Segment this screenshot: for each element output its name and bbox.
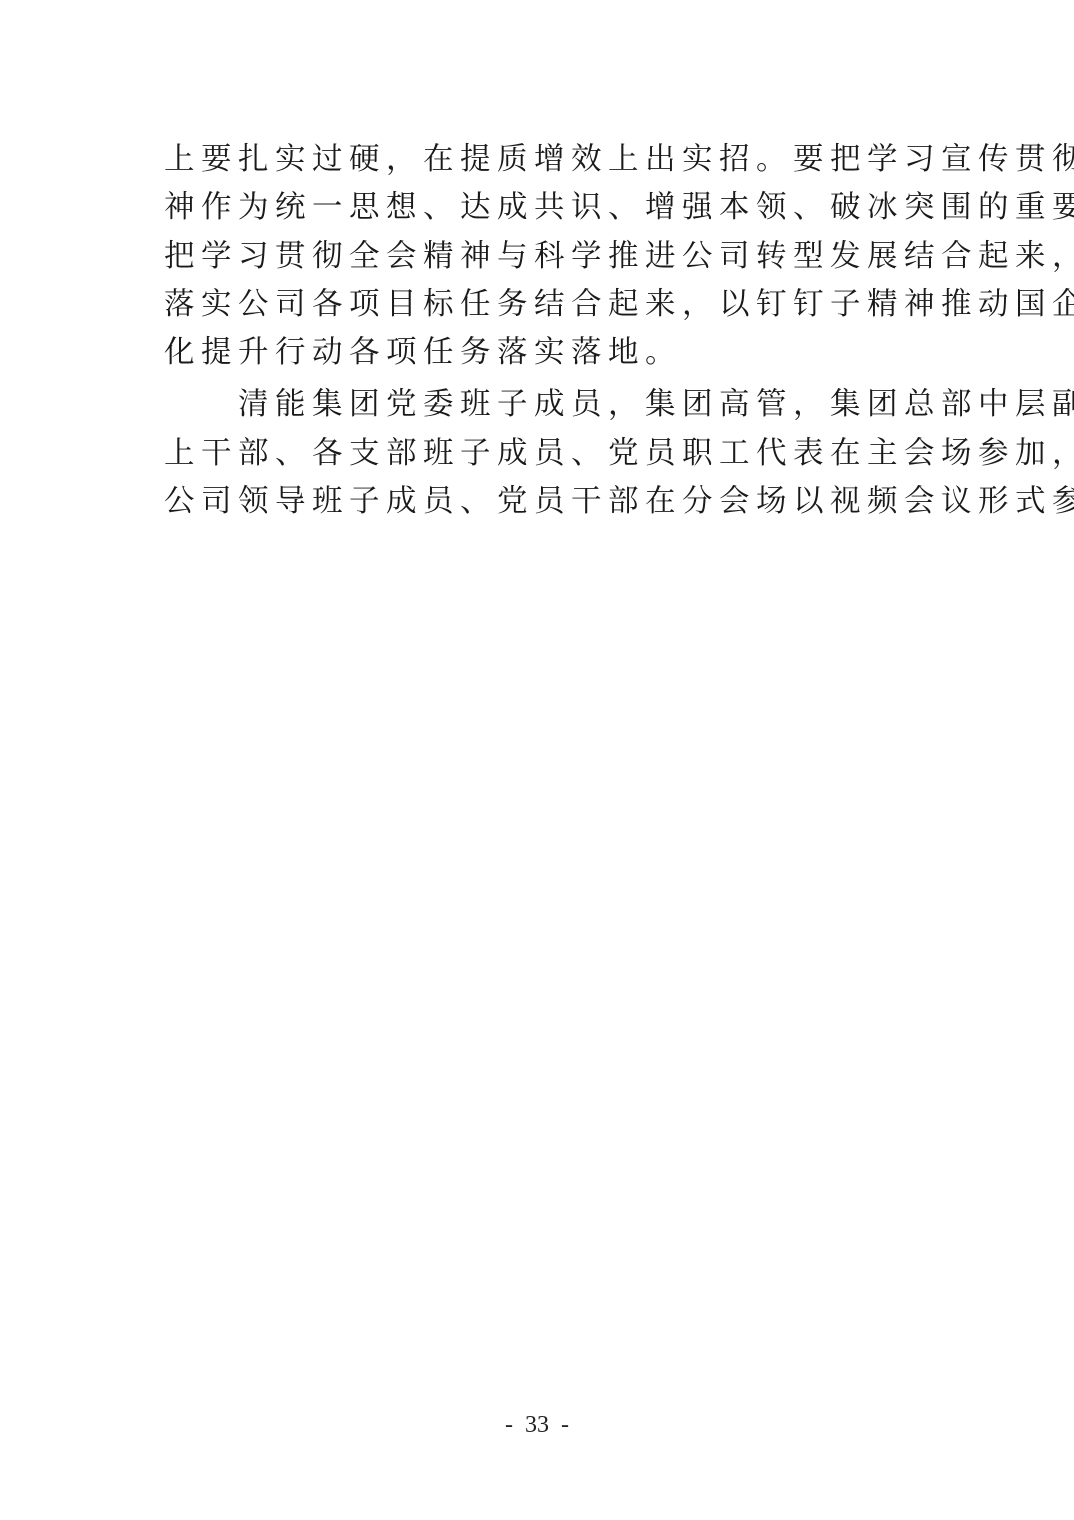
text-line: 化提升行动各项任务落实落地。	[164, 329, 914, 377]
text-line: 公司领导班子成员、党员干部在分会场以视频会议形式参加。	[164, 478, 914, 526]
paragraph-1: 上要扎实过硬，在提质增效上出实招。要把学习宣传贯彻全会精 神作为统一思想、达成共…	[164, 136, 914, 377]
text-line: 把学习贯彻全会精神与科学推进公司转型发展结合起来，与全面	[164, 233, 914, 281]
document-page: 上要扎实过硬，在提质增效上出实招。要把学习宣传贯彻全会精 神作为统一思想、达成共…	[0, 0, 1074, 1520]
text-line: 上干部、各支部班子成员、党员职工代表在主会场参加，各出资	[164, 430, 914, 478]
body-text: 上要扎实过硬，在提质增效上出实招。要把学习宣传贯彻全会精 神作为统一思想、达成共…	[164, 136, 914, 526]
paragraph-2: 清能集团党委班子成员，集团高管，集团总部中层副职及以 上干部、各支部班子成员、党…	[164, 381, 914, 526]
text-line: 神作为统一思想、达成共识、增强本领、破冰突围的重要举措，	[164, 184, 914, 232]
page-number: - 33 -	[0, 1412, 1074, 1439]
text-line: 清能集团党委班子成员，集团高管，集团总部中层副职及以	[164, 381, 914, 429]
text-line: 落实公司各项目标任务结合起来，以钉钉子精神推动国企改革深	[164, 281, 914, 329]
text-line: 上要扎实过硬，在提质增效上出实招。要把学习宣传贯彻全会精	[164, 136, 914, 184]
